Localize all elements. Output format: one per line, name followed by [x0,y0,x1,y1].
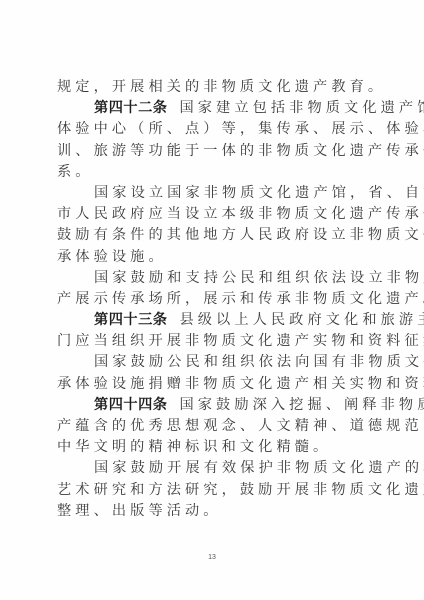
text-line: 门应当组织开展非物质文化遗产实物和资料征集。 [57,331,375,352]
line-text: 国家鼓励深入挖掘、阐释非物质文化遗 [179,397,424,413]
text-line: 训、旅游等功能于一体的非物质文化遗产传承体验设施体 [57,141,375,162]
document-page: 规定，开展相关的非物质文化遗产教育。 第四十二条国家建立包括非物质文化遗产馆、传… [0,0,424,600]
line-text: 县级以上人民政府文化和旅游主管部 [179,312,424,328]
line-text: 承体验设施。 [57,249,167,265]
text-line: 国家设立国家非物质文化遗产馆，省、自治区、直辖 [57,183,375,204]
text-line: 体验中心（所、点）等，集传承、展示、体验、教育、培 [57,119,375,140]
body-text: 规定，开展相关的非物质文化遗产教育。 第四十二条国家建立包括非物质文化遗产馆、传… [57,77,375,522]
line-text: 国家设立国家非物质文化遗产馆，省、自治区、直辖 [94,185,424,201]
text-line: 产蕴含的优秀思想观念、人文精神、道德规范，提炼展示 [57,416,375,437]
line-text: 产展示传承场所，展示和传承非物质文化遗产。 [57,291,424,307]
text-line: 艺术研究和方法研究，鼓励开展非物质文化遗产的记录、 [57,480,375,501]
article-number: 第四十四条 [94,397,167,413]
line-text: 门应当组织开展非物质文化遗产实物和资料征集。 [57,333,424,349]
article-43-line: 第四十三条县级以上人民政府文化和旅游主管部 [57,310,375,331]
text-line: 国家鼓励和支持公民和组织依法设立非物质文化遗 [57,268,375,289]
line-text: 国家鼓励开展有效保护非物质文化遗产的科学、技术、 [94,460,424,476]
line-text: 产蕴含的优秀思想观念、人文精神、道德规范，提炼展示 [57,418,424,434]
line-text: 整理、出版等活动。 [57,503,222,519]
line-text: 国家鼓励公民和组织依法向国有非物质文化遗产传 [94,354,424,370]
text-line: 中华文明的精神标识和文化精髓。 [57,437,375,458]
article-44-line: 第四十四条国家鼓励深入挖掘、阐释非物质文化遗 [57,395,375,416]
line-text: 国家建立包括非物质文化遗产馆、传承 [179,100,424,116]
line-text: 鼓励有条件的其他地方人民政府设立非物质文化遗产传 [57,227,424,243]
text-line: 国家鼓励开展有效保护非物质文化遗产的科学、技术、 [57,458,375,479]
line-text: 训、旅游等功能于一体的非物质文化遗产传承体验设施体 [57,143,424,159]
line-text: 规定，开展相关的非物质文化遗产教育。 [57,79,386,95]
line-text: 中华文明的精神标识和文化精髓。 [57,439,331,455]
text-line: 鼓励有条件的其他地方人民政府设立非物质文化遗产传 [57,225,375,246]
text-line: 承体验设施捐赠非物质文化遗产相关实物和资料。 [57,374,375,395]
text-line: 整理、出版等活动。 [57,501,375,522]
text-line: 产展示传承场所，展示和传承非物质文化遗产。 [57,289,375,310]
line-text: 体验中心（所、点）等，集传承、展示、体验、教育、培 [57,121,424,137]
line-text: 艺术研究和方法研究，鼓励开展非物质文化遗产的记录、 [57,482,424,498]
text-line: 国家鼓励公民和组织依法向国有非物质文化遗产传 [57,352,375,373]
line-text: 市人民政府应当设立本级非物质文化遗产传承体验设施， [57,206,424,222]
line-text: 承体验设施捐赠非物质文化遗产相关实物和资料。 [57,376,424,392]
page-number: 13 [0,554,424,561]
text-line: 市人民政府应当设立本级非物质文化遗产传承体验设施， [57,204,375,225]
article-number: 第四十二条 [94,100,167,116]
article-number: 第四十三条 [94,312,167,328]
text-line: 承体验设施。 [57,247,375,268]
text-line: 规定，开展相关的非物质文化遗产教育。 [57,77,375,98]
line-text: 国家鼓励和支持公民和组织依法设立非物质文化遗 [94,270,424,286]
text-line: 系。 [57,162,375,183]
line-text: 系。 [57,164,94,180]
article-42-line: 第四十二条国家建立包括非物质文化遗产馆、传承 [57,98,375,119]
